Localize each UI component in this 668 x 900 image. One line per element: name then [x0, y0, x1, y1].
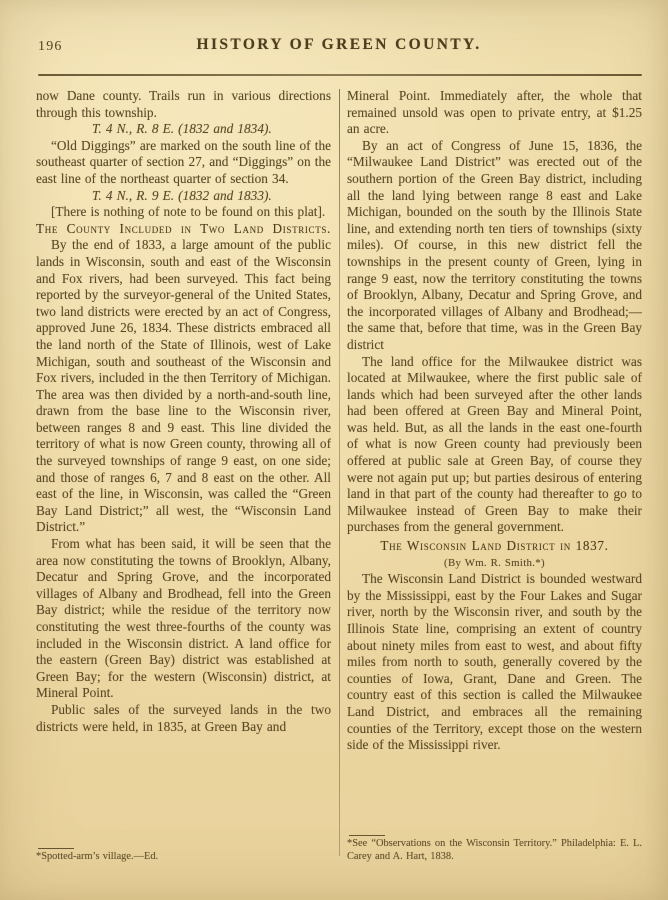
sidehead-block: The County Included in Two Land District…	[36, 221, 331, 238]
page-number: 196	[38, 39, 63, 55]
centerhead-block: The Wisconsin Land District in 1837.	[347, 538, 642, 555]
text-columns: now Dane county. Trails run in various d…	[36, 88, 642, 864]
left-column: now Dane county. Trails run in various d…	[36, 88, 331, 864]
body-block: The land office for the Milwaukee distri…	[347, 354, 642, 537]
plat-block: T. 4 N., R. 8 E. (1832 and 1834).	[36, 121, 331, 138]
plat-block: T. 4 N., R. 9 E. (1832 and 1833).	[36, 188, 331, 205]
body-block: The Wisconsin Land District is bounded w…	[347, 571, 642, 754]
body-block: Mineral Point. Immediately after, the wh…	[347, 88, 642, 138]
column-divider	[339, 89, 340, 856]
body-block: By the end of 1833, a large amount of th…	[36, 237, 331, 536]
running-head: 196 HISTORY OF GREEN COUNTY.	[36, 36, 642, 58]
footnote: *Spotted-arm’s village.—Ed.	[36, 848, 331, 864]
body-block: now Dane county. Trails run in various d…	[36, 88, 331, 121]
right-column: Mineral Point. Immediately after, the wh…	[347, 88, 642, 864]
book-page-scan: 196 HISTORY OF GREEN COUNTY. now Dane co…	[0, 0, 668, 900]
page-title: HISTORY OF GREEN COUNTY.	[36, 36, 642, 54]
footnote: *See “Observations on the Wisconsin Terr…	[347, 835, 642, 864]
header-rule	[38, 74, 642, 76]
byline-block: (By Wm. R. Smith.*)	[347, 555, 642, 572]
body-block: “Old Diggings” are marked on the south l…	[36, 138, 331, 188]
body-block: [There is nothing of note to be found on…	[36, 204, 331, 221]
body-block: Public sales of the surveyed lands in th…	[36, 702, 331, 735]
body-block: By an act of Congress of June 15, 1836, …	[347, 138, 642, 354]
body-block: From what has been said, it will be seen…	[36, 536, 331, 702]
